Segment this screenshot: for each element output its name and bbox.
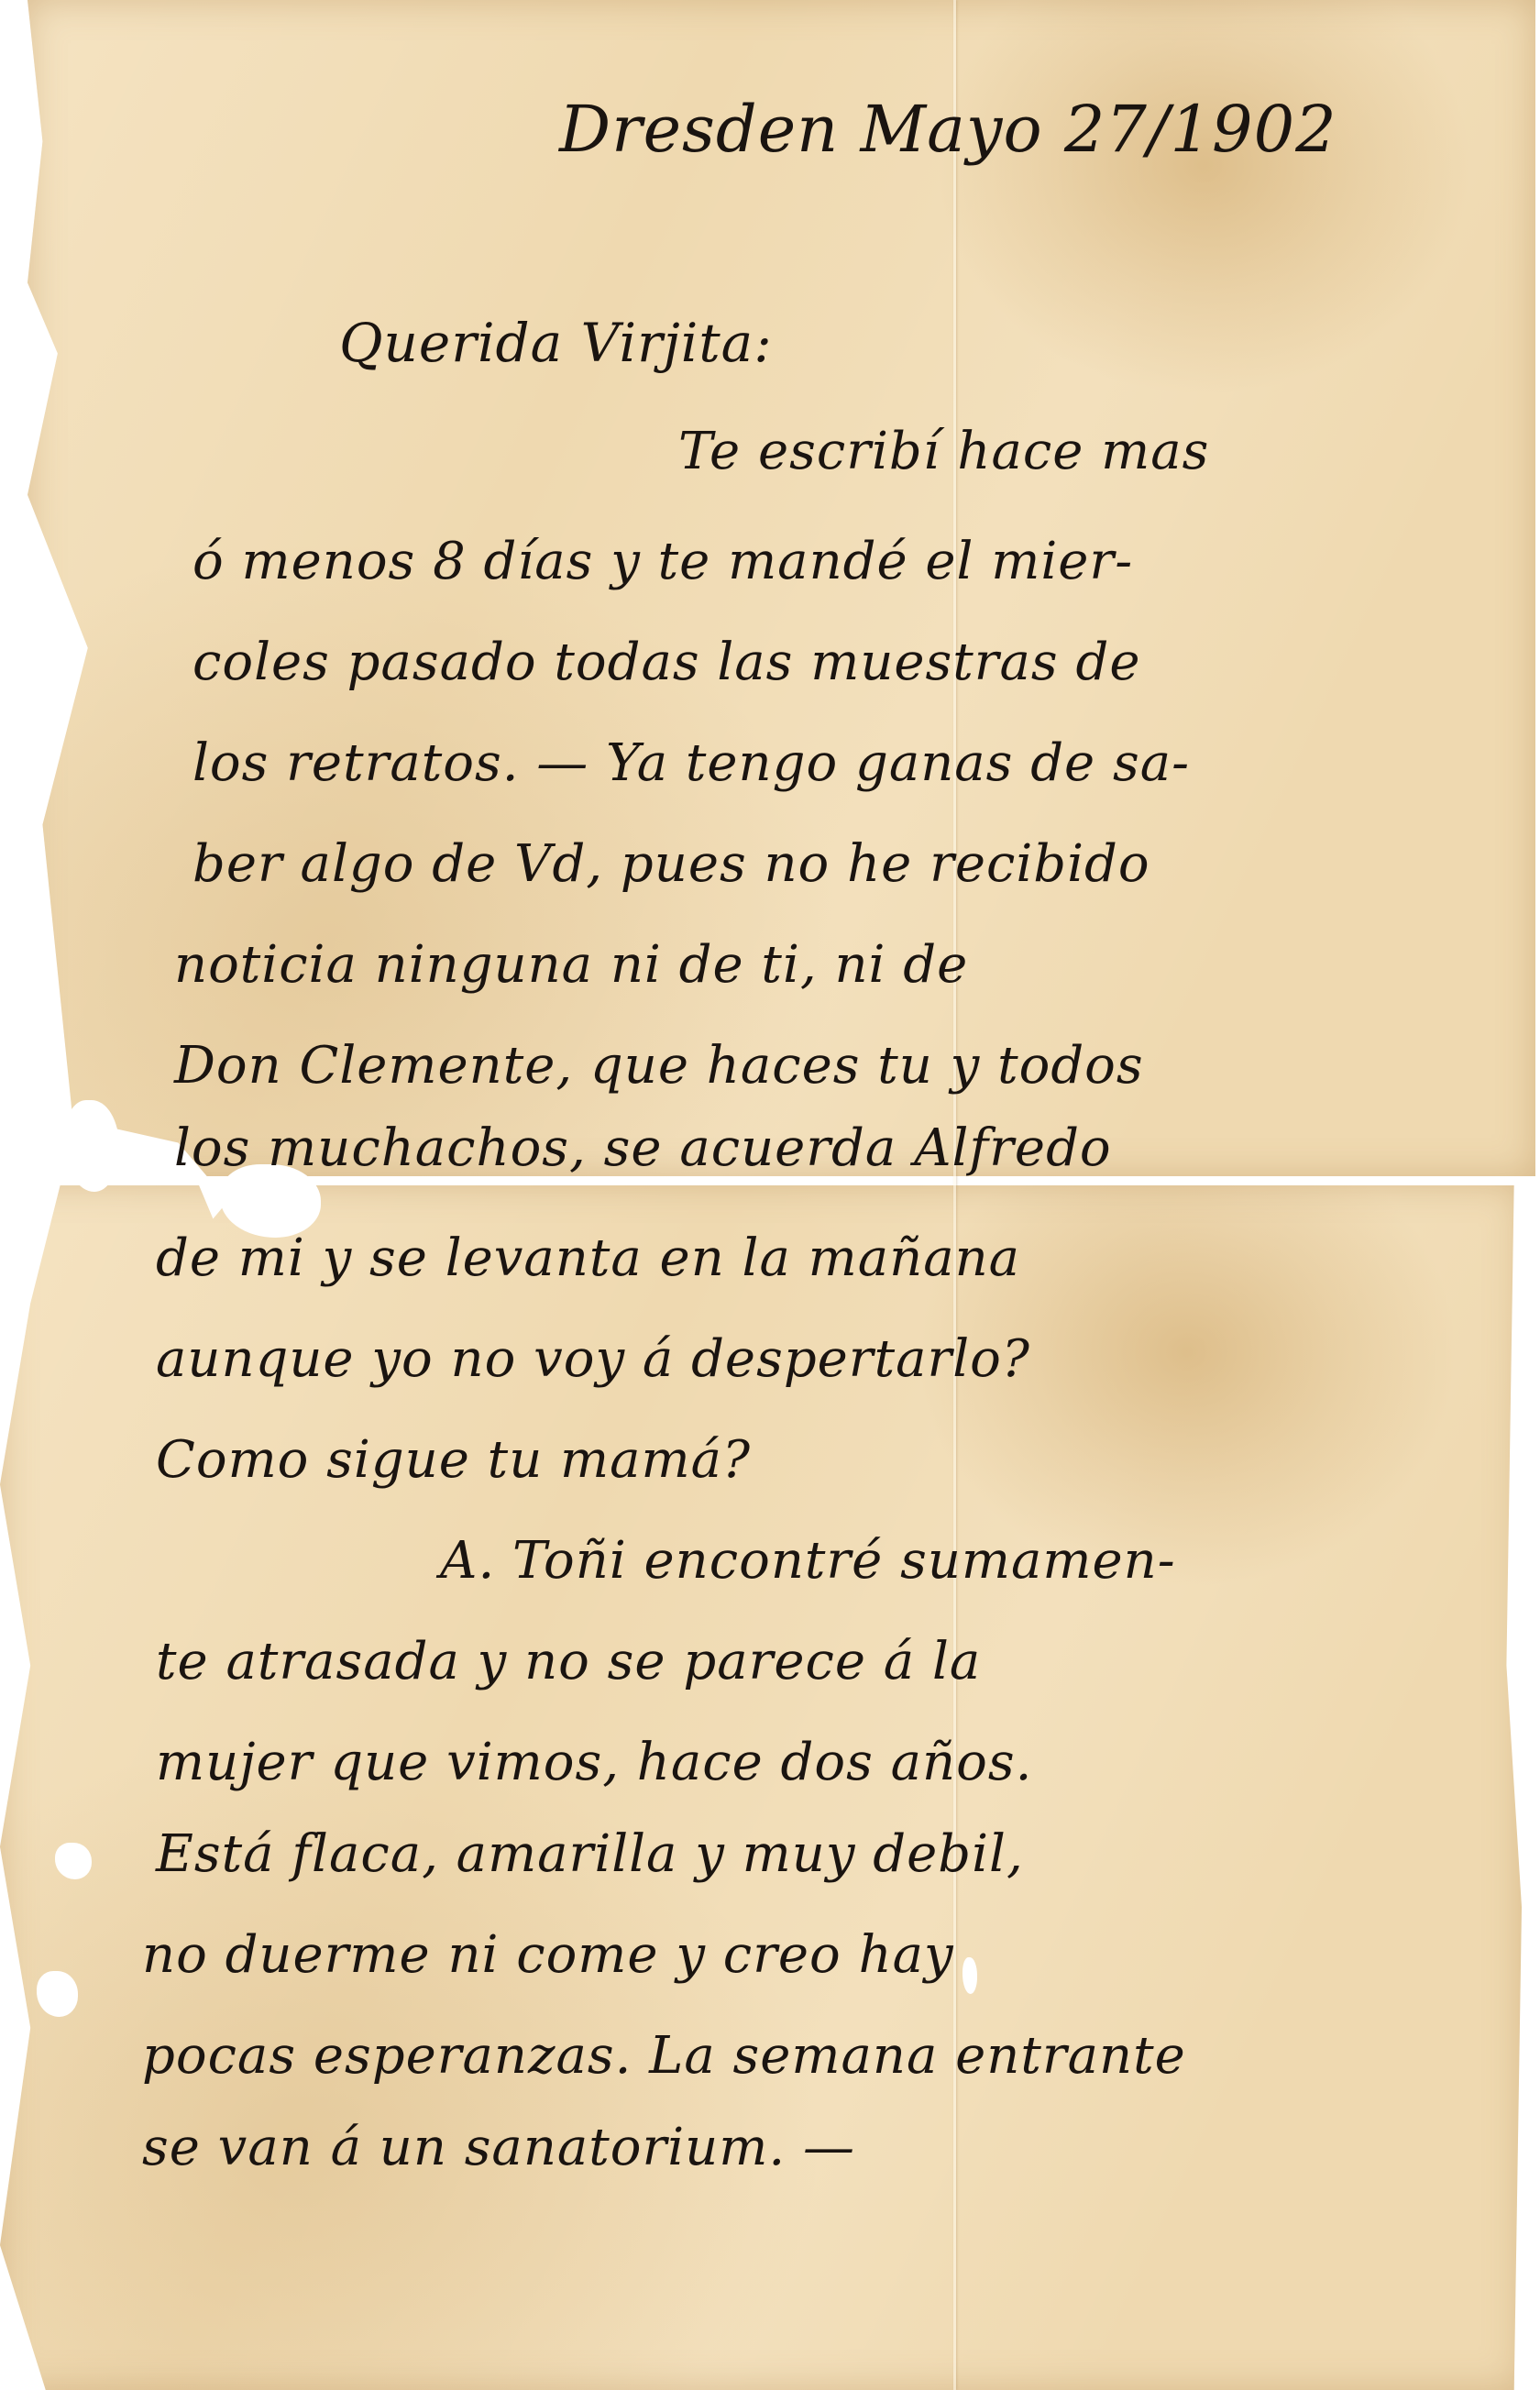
letter-line: Te escribí hace mas: [678, 422, 1209, 481]
letter-line: Como sigue tu mamá?: [156, 1430, 751, 1490]
letter-line: pocas esperanzas. La semana entrante: [142, 2026, 1186, 2086]
letter-line: aunque yo no voy á despertarlo?: [156, 1329, 1030, 1389]
letter-place-date: Dresden Mayo 27/1902: [559, 92, 1337, 167]
letter-line: mujer que vimos, hace dos años.: [156, 1733, 1032, 1792]
letter-line: ber algo de Vd, pues no he recibido: [192, 834, 1150, 894]
paper-hole: [962, 1957, 977, 1994]
letter-line: Don Clemente, que haces tu y todos: [174, 1036, 1144, 1096]
letter-line: no duerme ni come y creo hay: [142, 1925, 954, 1985]
letter-line: de mi y se levanta en la mañana: [156, 1228, 1020, 1288]
letter-line: los retratos. — Ya tengo ganas de sa-: [192, 733, 1190, 793]
paper-hole: [55, 1843, 92, 1879]
letter-line: coles pasado todas las muestras de: [192, 633, 1140, 692]
letter-line: A. Toñi encontré sumamen-: [440, 1531, 1176, 1591]
letter-line: ó menos 8 días y te mandé el mier-: [192, 532, 1133, 591]
letter-line: te atrasada y no se parece á la: [156, 1632, 981, 1691]
letter-line: los muchachos, se acuerda Alfredo: [174, 1118, 1112, 1178]
letter-line: Está flaca, amarilla y muy debil,: [156, 1824, 1024, 1884]
letter-line: noticia ninguna ni de ti, ni de: [174, 935, 968, 995]
letter-salutation: Querida Virjita:: [339, 312, 773, 374]
letter-line: se van á un sanatorium. —: [142, 2118, 855, 2177]
